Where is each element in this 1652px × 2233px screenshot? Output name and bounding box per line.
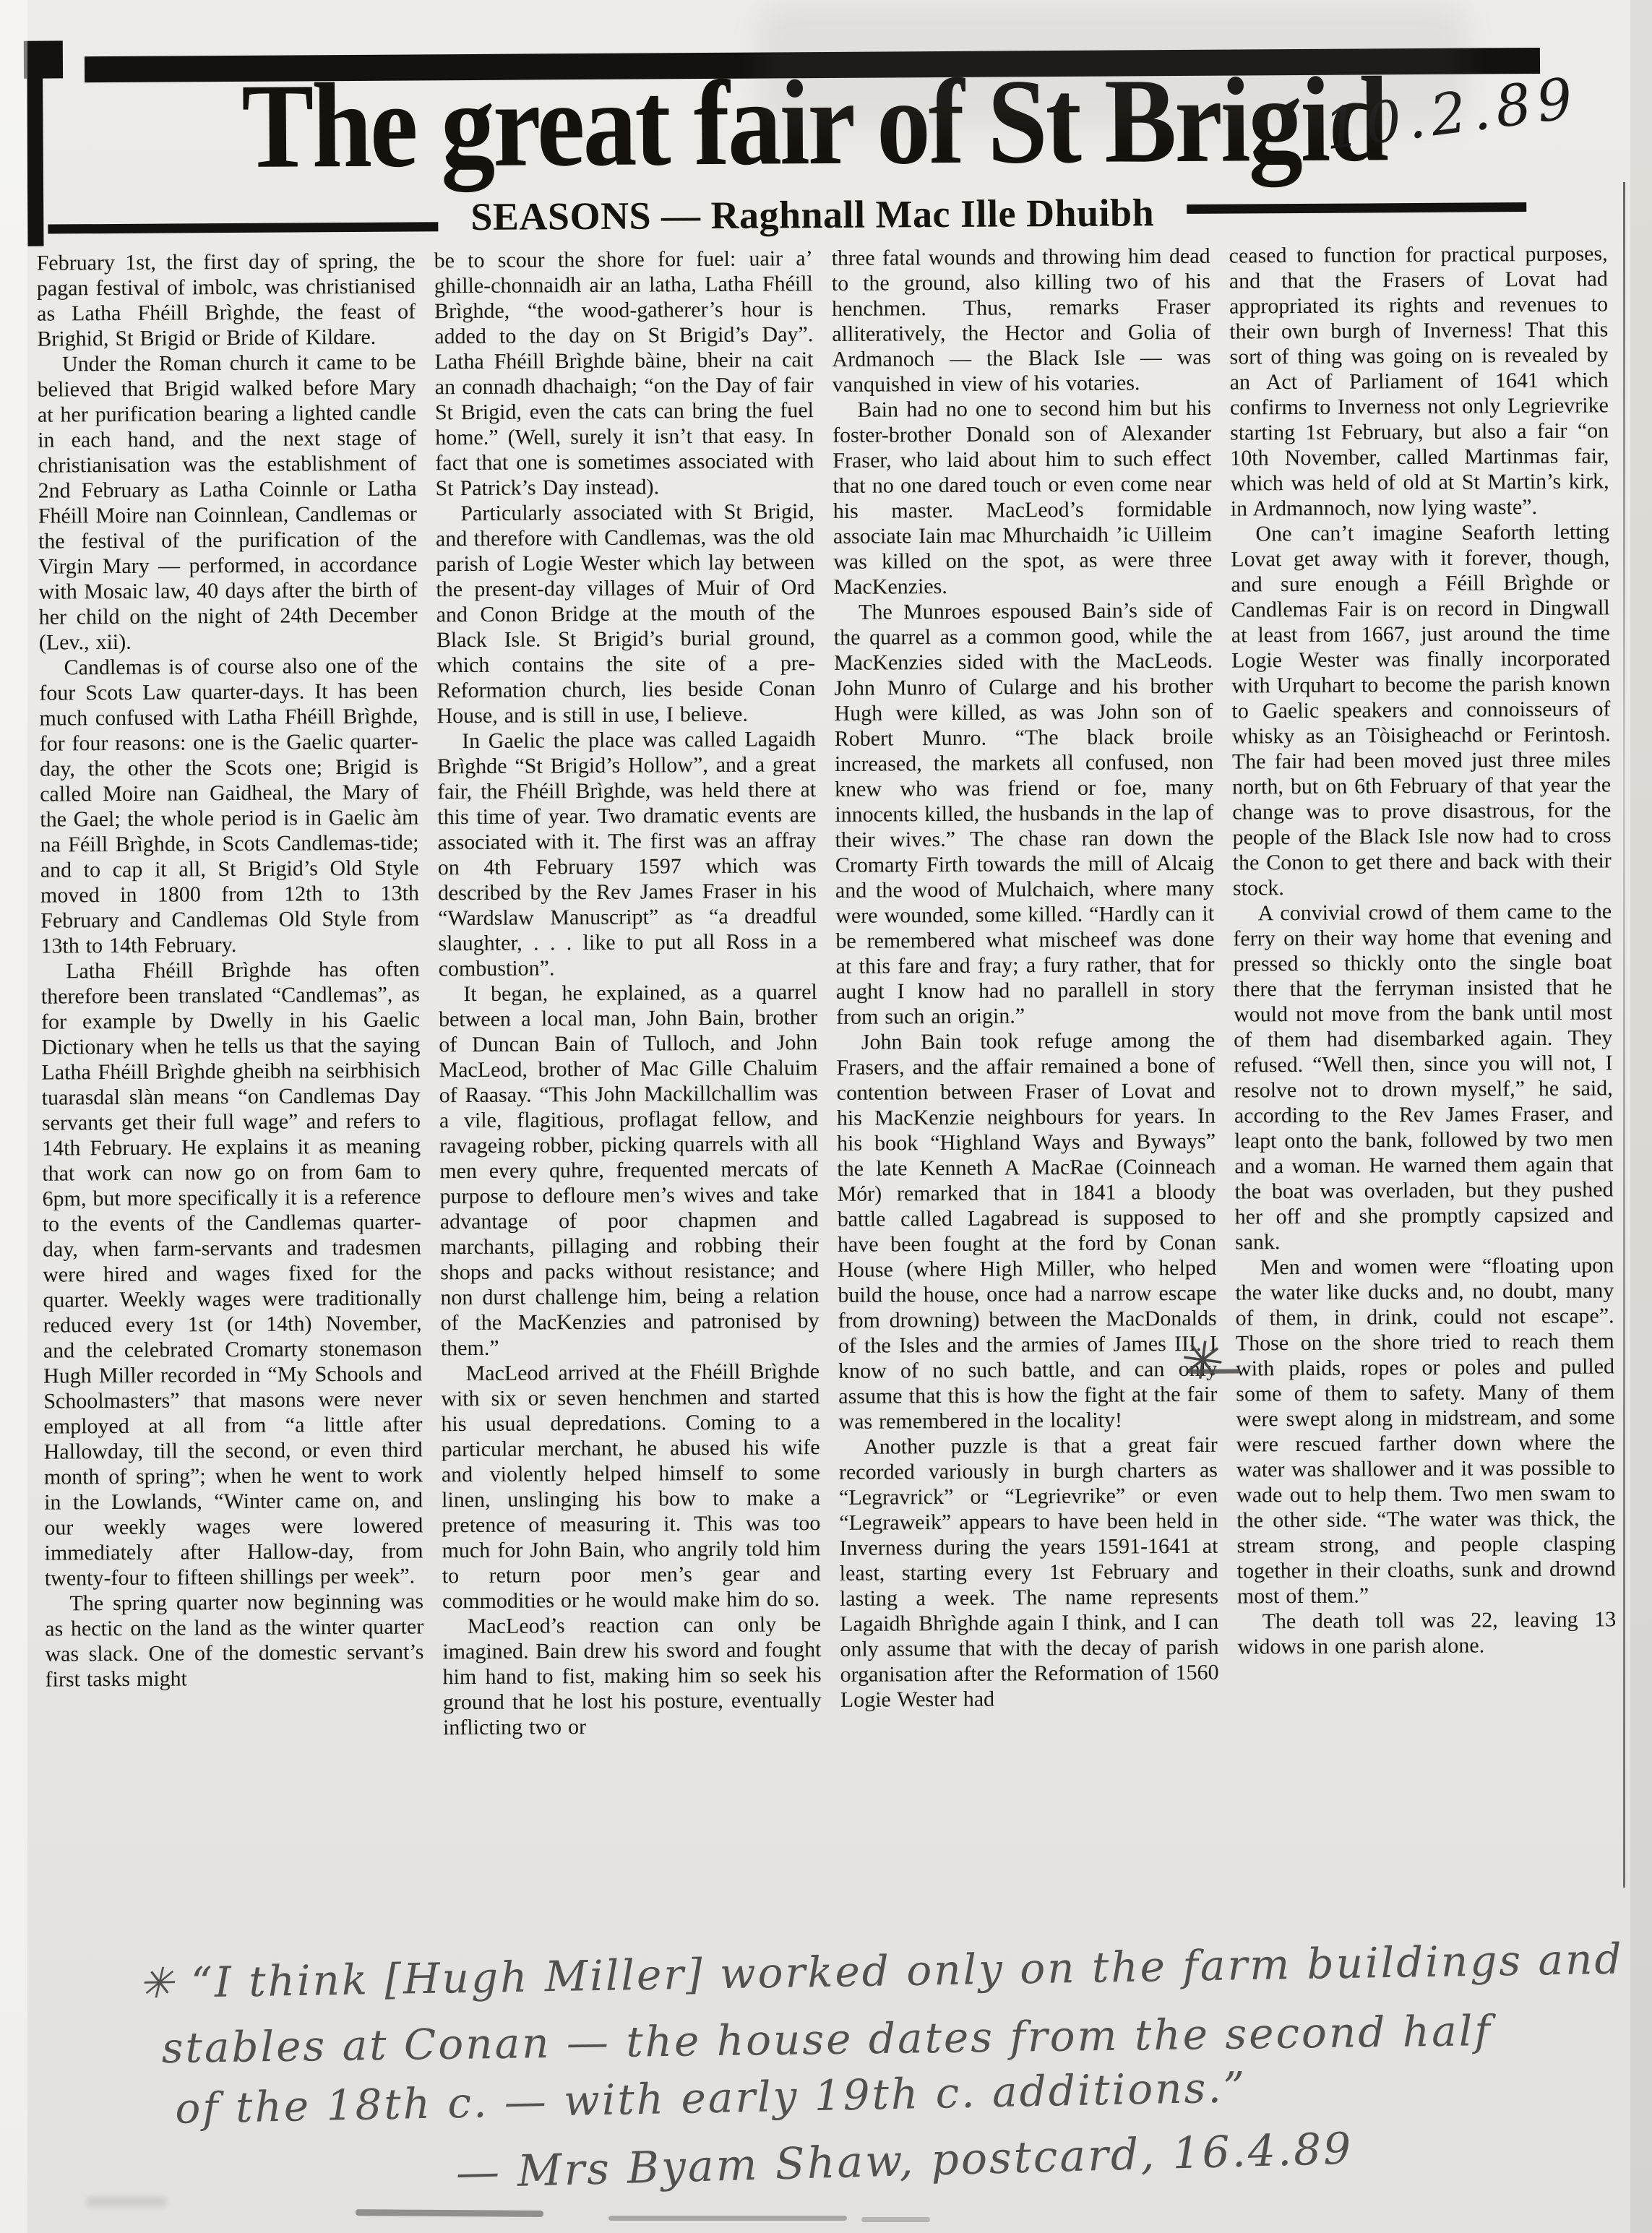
scan-smudge bbox=[356, 2209, 543, 2217]
scan-smudge bbox=[608, 2216, 847, 2221]
article-paragraph: It began, he explained, as a quarrel bet… bbox=[439, 979, 819, 1361]
article-paragraph: John Bain took refuge among the Frasers,… bbox=[836, 1028, 1217, 1434]
article-paragraph: The Munroes espoused Bain’s side of the … bbox=[834, 598, 1216, 1030]
article-paragraph: In Gaelic the place was called Lagaidh B… bbox=[437, 726, 817, 981]
article-body: February 1st, the first day of spring, t… bbox=[37, 241, 1617, 1742]
print-through-ghost bbox=[759, 4, 1467, 127]
handwritten-note-line: of the 18th c. — with early 19th c. addi… bbox=[175, 2062, 1247, 2133]
article-column-2: be to scour the shore for fuel: uair a’ … bbox=[434, 246, 822, 1740]
byline: SEASONS — Raghnall Mac Ille Dhuibh bbox=[438, 190, 1187, 239]
margin-asterisk-dash bbox=[1188, 1369, 1240, 1374]
article-column-4: ceased to function for practical purpose… bbox=[1229, 241, 1617, 1735]
article-paragraph: The spring quarter now beginning was as … bbox=[45, 1588, 424, 1692]
right-edge-shadow bbox=[1630, 0, 1652, 2233]
margin-asterisk-icon: ✳ bbox=[1177, 1328, 1229, 1393]
article-paragraph: MacLeod’s reaction can only be imagined.… bbox=[442, 1612, 822, 1740]
byline-rule-right bbox=[1187, 202, 1526, 214]
article-column-1: February 1st, the first day of spring, t… bbox=[37, 248, 425, 1742]
byline-row: SEASONS — Raghnall Mac Ille Dhuibh bbox=[48, 188, 1526, 241]
article-paragraph: ceased to function for practical purpose… bbox=[1229, 241, 1609, 521]
article-paragraph: Particularly associated with St Brigid, … bbox=[436, 499, 816, 728]
article-paragraph: Latha Fhéill Brìghde has often therefore… bbox=[41, 956, 423, 1591]
scan-smudge bbox=[87, 2197, 166, 2207]
article-paragraph: February 1st, the first day of spring, t… bbox=[37, 248, 416, 351]
masthead-corner-block bbox=[24, 40, 63, 78]
left-edge-highlight bbox=[0, 0, 27, 2233]
article-paragraph: A convivial crowd of them came to the fe… bbox=[1233, 898, 1614, 1255]
byline-rule-left bbox=[48, 222, 438, 233]
masthead-left-rule bbox=[27, 76, 43, 246]
handwritten-note-line: — Mrs Byam Shaw, postcard, 16.4.89 bbox=[455, 2124, 1354, 2199]
article-paragraph: be to scour the shore for fuel: uair a’ … bbox=[434, 246, 814, 501]
article-paragraph: Another puzzle is that a great fair reco… bbox=[839, 1432, 1219, 1713]
article-paragraph: Candlemas is of course also one of the f… bbox=[39, 653, 420, 958]
article-paragraph: Bain had no one to second him but his fo… bbox=[833, 395, 1213, 600]
article-paragraph: The death toll was 22, leaving 13 widows… bbox=[1237, 1606, 1616, 1659]
article-paragraph: three fatal wounds and throwing him dead… bbox=[832, 244, 1211, 397]
article-paragraph: One can’t imagine Seaforth letting Lovat… bbox=[1231, 519, 1612, 900]
page-edge-line bbox=[1623, 182, 1625, 1888]
handwritten-note-line: stables at Conan — the house dates from … bbox=[161, 2006, 1492, 2073]
article-column-3: three fatal wounds and throwing him dead… bbox=[832, 244, 1220, 1738]
handwritten-note-line: ✳ “I think [Hugh Miller] worked only on … bbox=[138, 1935, 1624, 2008]
newspaper-clipping: The great fair of St Brigid SEASONS — Ra… bbox=[0, 0, 1652, 2233]
article-paragraph: MacLeod arrived at the Fhéill Brìghde wi… bbox=[441, 1359, 821, 1614]
article-paragraph: Under the Roman church it came to be bel… bbox=[37, 349, 418, 655]
article-paragraph: Men and women were “floating upon the wa… bbox=[1235, 1252, 1616, 1609]
scan-smudge bbox=[861, 2217, 930, 2222]
